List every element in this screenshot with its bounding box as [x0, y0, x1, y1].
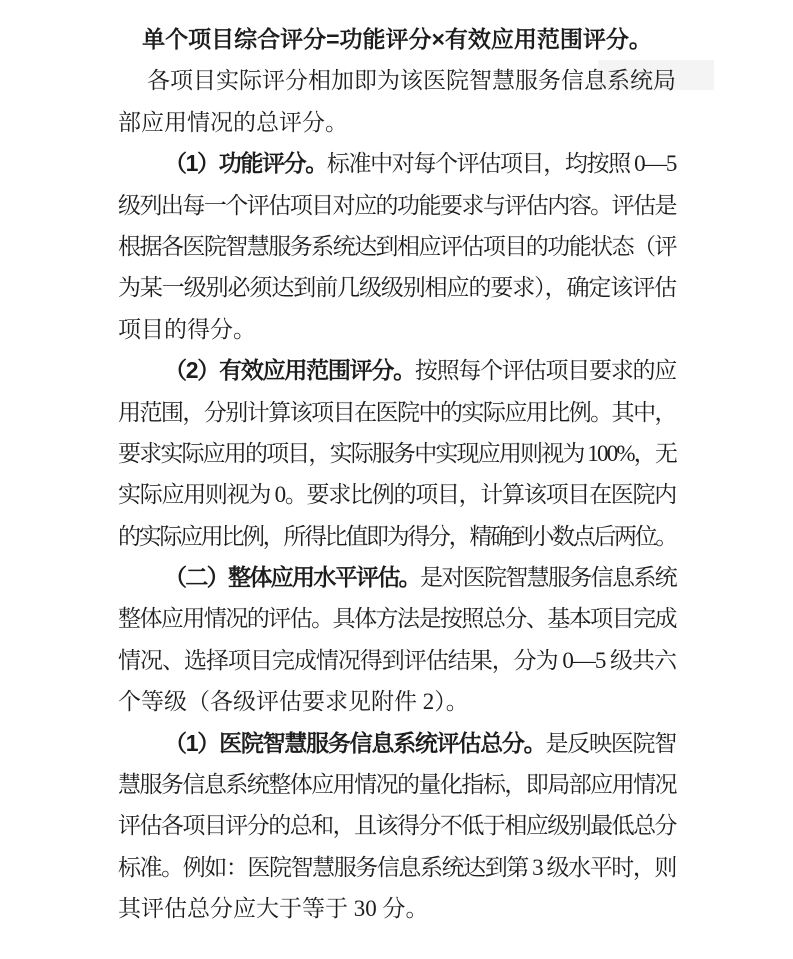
text-run: 实际应用则视为 0。要求比例的项目，计算该项目在医院内 — [118, 482, 676, 507]
text-line: 标准。例如：医院智慧服务信息系统达到第 3 级水平时，则 — [118, 847, 676, 888]
text-line: 为某一级别必须达到前几级级别相应的要求），确定该评估 — [118, 267, 676, 308]
text-run: 个等级（各级评估要求见附件 2）。 — [118, 689, 469, 714]
text-run: 各项目实际评分相加即为该医院智慧服务信息系统局 — [147, 68, 676, 93]
text-run: （二）整体应用水平评估。是对医院智慧服务信息系统 — [164, 565, 676, 590]
text-run: 级列出每一个评估项目对应的功能要求与评估内容。评估是 — [118, 193, 676, 218]
text-line: （1）医院智慧服务信息系统评估总分。是反映医院智 — [118, 723, 676, 764]
text-line: 整体应用情况的评估。具体方法是按照总分、基本项目完成 — [118, 598, 676, 639]
text-line: 各项目实际评分相加即为该医院智慧服务信息系统局 — [118, 60, 676, 101]
text-run: 慧服务信息系统整体应用情况的量化指标，即局部应用情况 — [118, 772, 676, 797]
formula-line: 单个项目综合评分=功能评分×有效应用范围评分。 — [118, 19, 676, 60]
text-run: 情况、选择项目完成情况得到评估结果，分为 0—5 级共六 — [118, 648, 676, 673]
text-run: （2）有效应用范围评分。按照每个评估项目要求的应 — [164, 358, 676, 383]
text-line: 级列出每一个评估项目对应的功能要求与评估内容。评估是 — [118, 185, 676, 226]
text-run: （1）医院智慧服务信息系统评估总分。是反映医院智 — [164, 731, 676, 756]
text-line: 要求实际应用的项目，实际服务中实现应用则视为 100%，无 — [118, 433, 676, 474]
paragraph: （1）功能评分。标准中对每个评估项目，均按照 0—5 级列出每一个评估项目对应的… — [118, 143, 676, 350]
text-run: 其评估总分应大于等于 30 分。 — [118, 896, 429, 921]
bold-lead: （二）整体应用水平评估。 — [164, 564, 420, 590]
paragraph: （1）医院智慧服务信息系统评估总分。是反映医院智 慧服务信息系统整体应用情况的量… — [118, 723, 676, 930]
formula-text: 单个项目综合评分=功能评分×有效应用范围评分。 — [142, 26, 652, 52]
lead-rest: 是反映医院智 — [545, 731, 676, 756]
bold-lead: （1）功能评分。 — [164, 150, 327, 176]
bold-lead: （2）有效应用范围评分。 — [164, 357, 415, 383]
paragraph: （2）有效应用范围评分。按照每个评估项目要求的应 用范围，分别计算该项目在医院中… — [118, 350, 676, 557]
text-run: 部应用情况的总评分。 — [118, 110, 348, 135]
text-run: 整体应用情况的评估。具体方法是按照总分、基本项目完成 — [118, 606, 676, 631]
paragraph: 各项目实际评分相加即为该医院智慧服务信息系统局 部应用情况的总评分。 — [118, 60, 676, 143]
lead-rest: 标准中对每个评估项目，均按照 0—5 — [327, 151, 676, 176]
text-run: 评估各项目评分的总和，且该得分不低于相应级别最低总分 — [118, 813, 676, 838]
lead-rest: 是对医院智慧服务信息系统 — [420, 565, 676, 590]
text-line: 部应用情况的总评分。 — [118, 102, 676, 143]
text-run: 根据各医院智慧服务系统达到相应评估项目的功能状态（评 — [118, 234, 676, 259]
text-run: 项目的得分。 — [118, 317, 256, 342]
text-run: （1）功能评分。标准中对每个评估项目，均按照 0—5 — [164, 151, 676, 176]
text-run: 为某一级别必须达到前几级级别相应的要求），确定该评估 — [118, 275, 676, 300]
text-line: 用范围，分别计算该项目在医院中的实际应用比例。其中， — [118, 392, 676, 433]
document-page: 单个项目综合评分=功能评分×有效应用范围评分。 各项目实际评分相加即为该医院智慧… — [0, 0, 793, 959]
text-line: 情况、选择项目完成情况得到评估结果，分为 0—5 级共六 — [118, 640, 676, 681]
text-line: 其评估总分应大于等于 30 分。 — [118, 888, 676, 929]
paragraph: （二）整体应用水平评估。是对医院智慧服务信息系统 整体应用情况的评估。具体方法是… — [118, 557, 676, 723]
text-line: 根据各医院智慧服务系统达到相应评估项目的功能状态（评 — [118, 226, 676, 267]
text-line: 项目的得分。 — [118, 309, 676, 350]
text-line: （2）有效应用范围评分。按照每个评估项目要求的应 — [118, 350, 676, 391]
text-run: 的实际应用比例，所得比值即为得分，精确到小数点后两位。 — [118, 524, 676, 549]
text-line: 慧服务信息系统整体应用情况的量化指标，即局部应用情况 — [118, 764, 676, 805]
text-line: 个等级（各级评估要求见附件 2）。 — [118, 681, 676, 722]
text-line: 实际应用则视为 0。要求比例的项目，计算该项目在医院内 — [118, 474, 676, 515]
text-run: 标准。例如：医院智慧服务信息系统达到第 3 级水平时，则 — [118, 855, 676, 880]
text-run: 用范围，分别计算该项目在医院中的实际应用比例。其中， — [118, 400, 676, 425]
text-line: （1）功能评分。标准中对每个评估项目，均按照 0—5 — [118, 143, 676, 184]
lead-rest: 按照每个评估项目要求的应 — [415, 358, 676, 383]
document-body: 单个项目综合评分=功能评分×有效应用范围评分。 各项目实际评分相加即为该医院智慧… — [118, 19, 676, 930]
text-line: 的实际应用比例，所得比值即为得分，精确到小数点后两位。 — [118, 516, 676, 557]
bold-lead: （1）医院智慧服务信息系统评估总分。 — [164, 730, 545, 756]
text-line: 评估各项目评分的总和，且该得分不低于相应级别最低总分 — [118, 805, 676, 846]
text-run: 要求实际应用的项目，实际服务中实现应用则视为 100%，无 — [118, 441, 676, 466]
text-line: （二）整体应用水平评估。是对医院智慧服务信息系统 — [118, 557, 676, 598]
